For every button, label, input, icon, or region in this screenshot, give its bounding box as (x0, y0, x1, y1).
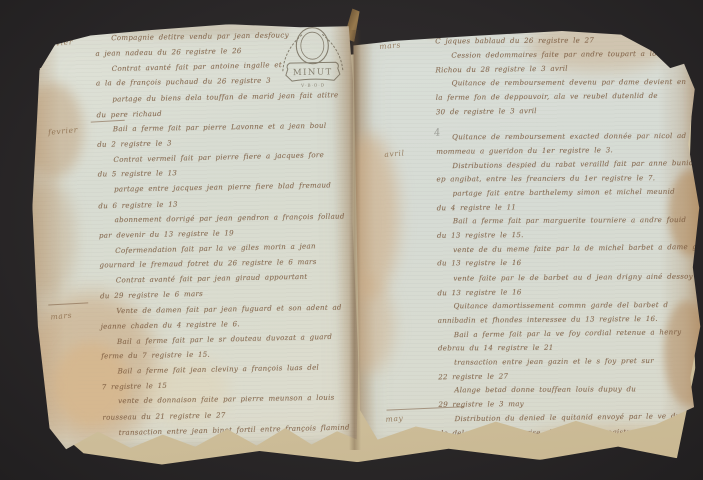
margin-month-may: may (385, 413, 403, 423)
right-page-entries: C jaques bablaud du 26 registre le 27 Ce… (435, 35, 697, 443)
entry-line: 30 de registre le 3 avril (436, 104, 694, 121)
entry-line: C jaques bablaud du 26 registre le 27 (435, 35, 693, 51)
left-page-paper: MINUT V·B·O·D janvier fevrier mars Compa… (29, 22, 360, 454)
margin-month-avril: avril (384, 148, 405, 159)
manuscript-right-page: mars 4 avril may C jaques bablaud du 26 … (353, 25, 703, 452)
photograph-background: MINUT V·B·O·D janvier fevrier mars Compa… (0, 0, 703, 480)
margin-month-janvier: janvier (42, 37, 74, 49)
left-page-entries: Compagnie detitre vendu par jean desfouc… (95, 29, 353, 443)
right-page-paper: mars 4 avril may C jaques bablaud du 26 … (353, 25, 703, 452)
entry-line: de delarue et md blerise chatelin du 9 r… (439, 426, 697, 442)
stain-gutter-edge (353, 28, 377, 452)
manuscript-left-page: MINUT V·B·O·D janvier fevrier mars Compa… (29, 22, 360, 454)
month-separator-dash (48, 302, 88, 305)
margin-month-fevrier: fevrier (48, 125, 79, 137)
stain-left-edge (29, 28, 67, 454)
margin-month-mars: mars (50, 311, 72, 322)
stain-blotch (22, 177, 76, 298)
entry-line: Distribution du denied le quitanid envoy… (439, 411, 697, 428)
margin-month-mars-cont: mars (379, 40, 401, 51)
fox-spot (426, 29, 436, 37)
